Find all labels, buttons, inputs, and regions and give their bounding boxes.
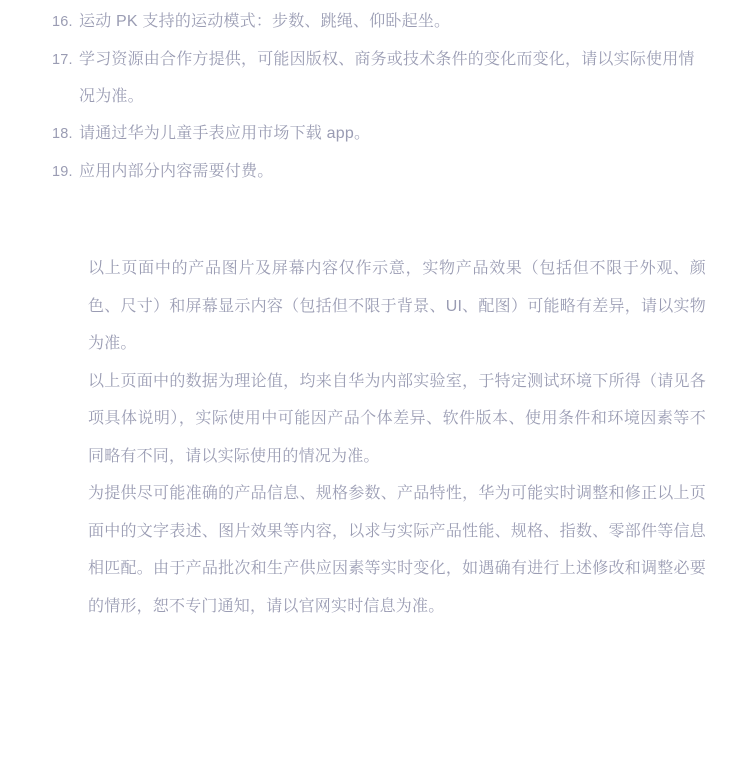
footnote-number: 18. xyxy=(52,116,79,153)
footnote-text: 学习资源由合作方提供，可能因版权、商务或技术条件的变化而变化，请以实际使用情况为… xyxy=(79,41,706,115)
footnote-text: 请通过华为儿童手表应用市场下载 app。 xyxy=(79,115,706,152)
disclaimer-paragraph-data: 以上页面中的数据为理论值，均来自华为内部实验室，于特定测试环境下所得（请见各项具… xyxy=(88,363,706,476)
disclaimer-paragraph-updates: 为提供尽可能准确的产品信息、规格参数、产品特性，华为可能实时调整和修正以上页面中… xyxy=(88,475,706,625)
footnote-text: 运动 PK 支持的运动模式：步数、跳绳、仰卧起坐。 xyxy=(79,3,706,40)
footnotes-list: 16. 运动 PK 支持的运动模式：步数、跳绳、仰卧起坐。 17. 学习资源由合… xyxy=(0,0,750,191)
footnote-number: 19. xyxy=(52,154,79,191)
footnote-item-19: 19. 应用内部分内容需要付费。 xyxy=(52,153,706,191)
disclaimer-paragraph-images: 以上页面中的产品图片及屏幕内容仅作示意，实物产品效果（包括但不限于外观、颜色、尺… xyxy=(88,250,706,363)
footnote-item-16: 16. 运动 PK 支持的运动模式：步数、跳绳、仰卧起坐。 xyxy=(52,3,706,41)
disclaimer-section: 以上页面中的产品图片及屏幕内容仅作示意，实物产品效果（包括但不限于外观、颜色、尺… xyxy=(88,250,706,625)
footnote-item-18: 18. 请通过华为儿童手表应用市场下载 app。 xyxy=(52,115,706,153)
footnote-text: 应用内部分内容需要付费。 xyxy=(79,153,706,190)
footnote-item-17: 17. 学习资源由合作方提供，可能因版权、商务或技术条件的变化而变化，请以实际使… xyxy=(52,41,706,115)
footnote-number: 17. xyxy=(52,42,79,79)
product-notes-page: 16. 运动 PK 支持的运动模式：步数、跳绳、仰卧起坐。 17. 学习资源由合… xyxy=(0,0,750,782)
footnote-number: 16. xyxy=(52,4,79,41)
